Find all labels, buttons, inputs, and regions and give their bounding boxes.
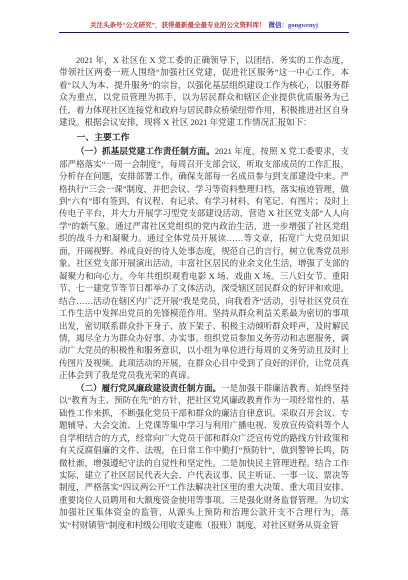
paragraph-clean-governance: （二）履行党风廉政建设责任制方面。一是加强干群廉洁教育。始终坚持以“教育为主、预… xyxy=(59,382,349,531)
paragraph-1-lead: （一）抓基层党建工作责任制方面。 xyxy=(76,146,215,156)
watermark-contact-text: 微信：gongwenyj xyxy=(269,22,318,29)
intro-paragraph: 2021 年，X 社区在 X 党工委的正确领导下，以团结、务实的工作态度，带领社… xyxy=(59,54,349,129)
paragraph-1-body: 2021 年度，按照 X 党工委要求，支部严格落实“一周一会制度”，每周召开支部… xyxy=(59,146,349,380)
paragraph-2-body: 一是加强干群廉洁教育。始终坚持以“教育为主、预防在先”的方针，把社区党风廉政教育… xyxy=(59,383,349,530)
paragraph-2-lead: （二）履行党风廉政建设责任制方面。 xyxy=(76,383,221,393)
watermark-header: 关注头条号“公文研究”，获得最新最全最专业的公文资料库！微信：gongwenyj xyxy=(0,0,408,30)
intro-paragraph-text: 2021 年，X 社区在 X 党工委的正确领导下，以团结、务实的工作态度，带领社… xyxy=(59,55,349,127)
document-body: 2021 年，X 社区在 X 党工委的正确领导下，以团结、务实的工作态度，带领社… xyxy=(59,54,349,531)
paragraph-grassroots-party-building: （一）抓基层党建工作责任制方面。2021 年度，按照 X 党工委要求，支部严格落… xyxy=(59,145,349,382)
watermark-text: 关注头条号“公文研究”，获得最新最全最专业的公文资料库！ xyxy=(90,22,266,29)
section-heading-main-work: 一、主要工作 xyxy=(59,131,349,143)
header-divider xyxy=(59,32,349,33)
document-page: 关注头条号“公文研究”，获得最新最全最专业的公文资料库！微信：gongwenyj… xyxy=(0,0,408,580)
